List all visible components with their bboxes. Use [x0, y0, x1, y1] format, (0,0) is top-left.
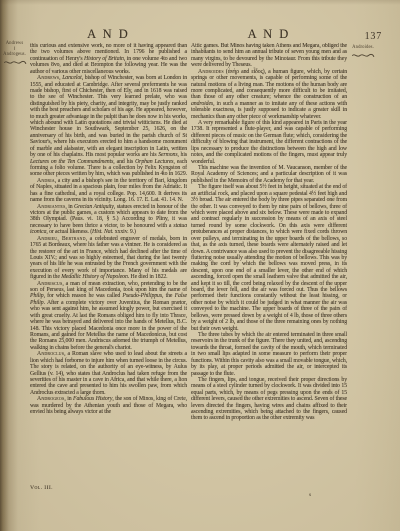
flourish-icon: [3, 59, 27, 66]
running-head-left: A N D: [30, 28, 187, 41]
signature-mark: s: [309, 492, 311, 498]
volume-footer: Vol. III.: [30, 485, 53, 491]
paragraph: Attic games. But Minos having taken Athe…: [191, 43, 347, 69]
paragraph: Androides (ἀνὴρ and εἶδος), a human figu…: [191, 69, 347, 120]
margin-note-line: Androgeus.: [3, 52, 26, 57]
margin-note-line: Andrews: [6, 41, 24, 46]
paragraph: Androgeos, in Fabulous History, the son …: [30, 396, 187, 415]
paragraph: Andria, a city and a bishop's see in the…: [30, 178, 187, 204]
paragraph: The fingers, lips, and tongue, received …: [191, 377, 347, 422]
paragraph: Andrieu, Bertrand, a celebrated engraver…: [30, 236, 187, 281]
book-page-scan: A N D A N D 137 Andrews ‖ Androgeus. And…: [0, 0, 400, 531]
margin-note-separator: ‖: [14, 47, 15, 52]
paragraph: The three tubes by which the air entered…: [191, 332, 347, 377]
text-column-left: this curious and extensive work, no more…: [30, 43, 187, 495]
paragraph: Andriantes, in Grecian Antiquity, statue…: [30, 204, 187, 236]
paragraph: this curious and extensive work, no more…: [30, 43, 187, 75]
margin-note-right: Androides.: [347, 45, 379, 59]
margin-note-left: Andrews ‖ Androgeus.: [0, 41, 29, 66]
paragraph: A very remarkable figure of this kind ap…: [191, 120, 347, 165]
flourish-icon: [351, 52, 375, 59]
paragraph: This machine was the invention of M. Vau…: [191, 165, 347, 184]
paragraph: Andrews, Lancelot, bishop of Winchester,…: [30, 75, 187, 178]
page-number: 137: [356, 31, 382, 42]
margin-note-line: Androides.: [352, 45, 374, 50]
running-head-right: A N D: [191, 28, 347, 41]
text-column-right: Attic games. But Minos having taken Athe…: [191, 43, 347, 495]
paragraph: Androclus, a Roman slave who used to lea…: [30, 351, 187, 396]
paragraph: Andriscus, a man of mean extraction, who…: [30, 281, 187, 352]
paragraph: The figure itself was about 5½ feet in h…: [191, 184, 347, 332]
